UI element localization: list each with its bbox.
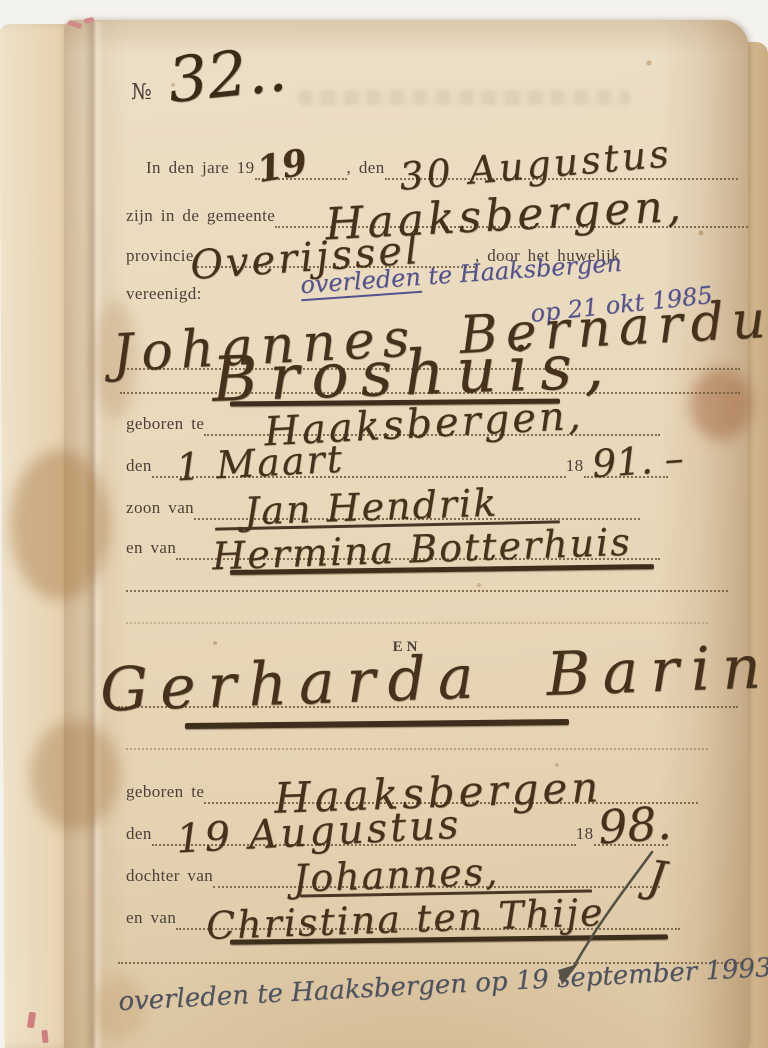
scanned-marriage-booklet-page: № 32.. In den jare 19 19 , den 30 August…: [0, 0, 768, 1048]
annotation-arrow: [0, 0, 768, 1048]
booklet-page: № 32.. In den jare 19 19 , den 30 August…: [64, 20, 748, 1048]
page-content: № 32.. In den jare 19 19 , den 30 August…: [0, 0, 768, 1048]
